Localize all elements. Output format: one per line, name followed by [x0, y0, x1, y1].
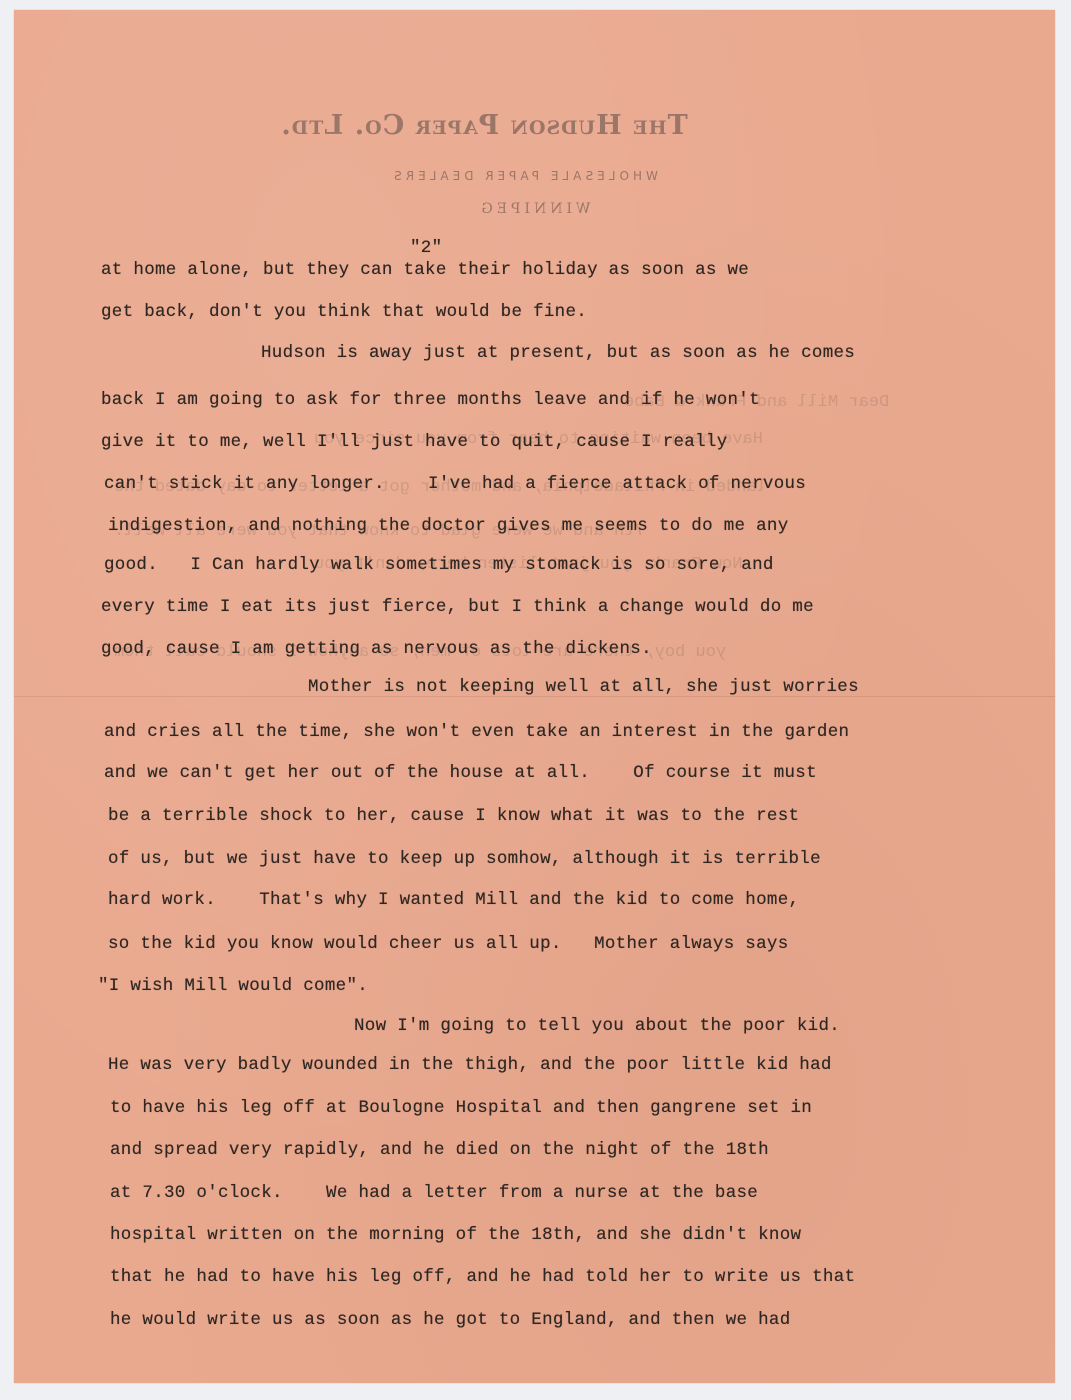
letter-line: of us, but we just have to keep up somho…: [108, 849, 821, 869]
letter-line: He was very badly wounded in the thigh, …: [108, 1055, 832, 1075]
letter-line: at home alone, but they can take their h…: [101, 260, 749, 280]
letter-line: back I am going to ask for three months …: [101, 390, 760, 410]
letter-line: get back, don't you think that would be …: [101, 302, 587, 322]
letter-line: and cries all the time, she won't even t…: [104, 722, 849, 742]
letter-line: good. I Can hardly walk sometimes my sto…: [104, 555, 774, 575]
letter-line: be a terrible shock to her, cause I know…: [108, 806, 799, 826]
letter-line: indigestion, and nothing the doctor give…: [108, 516, 789, 536]
letter-line: so the kid you know would cheer us all u…: [108, 934, 789, 954]
letter-line: Now I'm going to tell you about the poor…: [354, 1016, 840, 1036]
letterhead: The Hudson Paper Co. Ltd. WHOLESALE PAPE…: [14, 110, 1055, 217]
letter-line: Hudson is away just at present, but as s…: [261, 343, 855, 363]
letter-line: that he had to have his leg off, and he …: [110, 1267, 855, 1287]
letter-line: good, cause I am getting as nervous as t…: [101, 639, 652, 659]
letter-line: every time I eat its just fierce, but I …: [101, 597, 814, 617]
letter-line: and we can't get her out of the house at…: [104, 763, 817, 783]
letter-line: and spread very rapidly, and he died on …: [110, 1140, 769, 1160]
letter-line: hard work. That's why I wanted Mill and …: [108, 890, 799, 910]
letter-line: give it to me, well I'll just have to qu…: [101, 432, 728, 452]
letter-line: "I wish Mill would come".: [98, 976, 368, 996]
letter-line: hospital written on the morning of the 1…: [110, 1225, 801, 1245]
letter-line: to have his leg off at Boulogne Hospital…: [110, 1098, 812, 1118]
letter-line: Mother is not keeping well at all, she j…: [308, 677, 859, 697]
letter-line: at 7.30 o'clock. We had a letter from a …: [110, 1183, 758, 1203]
page-number: "2": [410, 238, 442, 258]
letterhead-company: The Hudson Paper Co. Ltd.: [134, 110, 834, 141]
letter-page: Dear Mill and Frank & Babe Have been wai…: [14, 10, 1055, 1383]
letterhead-subtitle: WHOLESALE PAPER DEALERS: [374, 169, 674, 183]
letter-line: he would write us as soon as he got to E…: [110, 1310, 791, 1330]
letterhead-city: WINNIPEG: [434, 201, 634, 217]
letter-line: can't stick it any longer. I've had a fi…: [104, 474, 806, 494]
